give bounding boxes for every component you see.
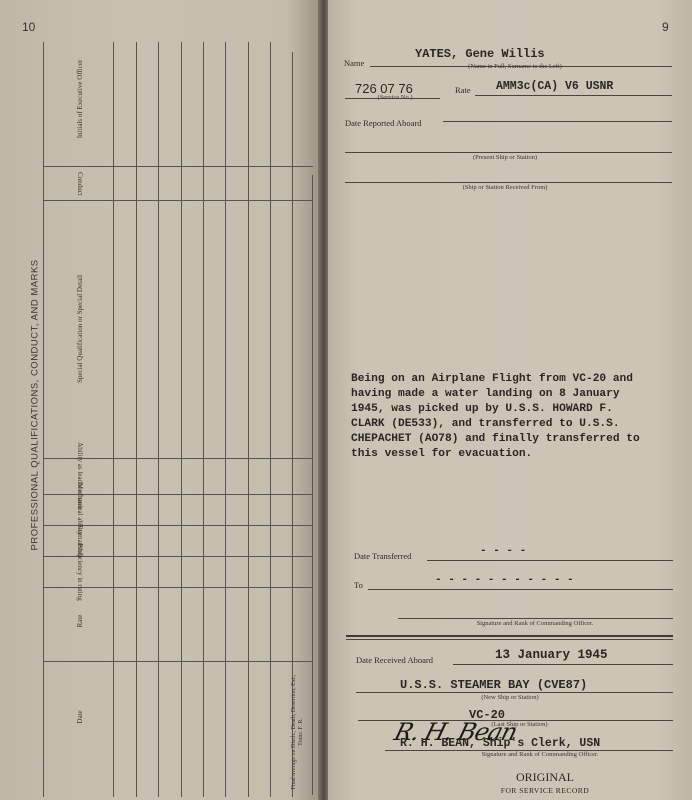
date-label: Date [76,697,84,737]
service-number-caption: (Service No.) [365,94,425,101]
date-transferred-value: - - - - [480,545,526,557]
for-service-record-label: FOR SERVICE RECORD [480,786,610,795]
proficiency-label: Proficiency in rating [76,537,84,607]
grid-line [158,42,159,797]
final-average-label: Final average on Disch., Death, Desertio… [291,667,305,797]
name-value: YATES, Gene Willis [415,47,545,61]
signature-caption-1: Signature and Rank of Commanding Officer… [450,620,620,627]
to-line [368,589,673,590]
present-ship-caption: (Present Ship or Station) [440,154,570,161]
remarks-line: CLARK (DE533), and transferred to U.S.S. [351,417,681,432]
left-page: 10 PROFESSIONAL QUALIFICATIONS, CONDUCT,… [0,0,318,800]
date-received-value: 13 January 1945 [495,648,608,662]
date-reported-label: Date Reported Aboard [345,118,421,128]
remarks-line: CHEPACHET (AO78) and finally transferred… [351,432,681,447]
signature-line-1 [398,618,673,619]
to-value: - - - - - - - - - - - [435,574,574,586]
remarks-line: having made a water landing on 8 January [351,387,681,402]
new-ship-line [356,692,673,693]
grid-line [181,42,182,797]
new-ship-caption: (New Ship or Station) [470,694,550,701]
grid-line [225,42,226,797]
remarks-line: Being on an Airplane Flight from VC-20 a… [351,372,681,387]
new-ship-value: U.S.S. STEAMER BAY (CVE87) [400,678,587,692]
signer-value: R. H. BEAN, Ship's Clerk, USN [400,737,600,750]
date-received-line [453,664,673,665]
rate-label: Rate [76,601,84,641]
grid-line [136,42,137,797]
divider [346,639,673,640]
rate-line [475,95,672,96]
received-from-caption: (Ship or Station Received From) [430,184,580,191]
signature-caption-2: Signature and Rank of Commanding Officer… [460,751,620,758]
grid-line [270,42,271,797]
conduct-label: Conduct [76,154,84,214]
section-title: PROFESSIONAL QUALIFICATIONS, CONDUCT, AN… [30,271,41,551]
grid-line [43,661,313,662]
grid-line [203,42,204,797]
remarks-line: this vessel for evacuation. [351,447,681,462]
rate-value: AMM3c(CA) V6 USNR [496,80,613,93]
special-qualification-label: Special Qualification or Special Detail [76,244,84,414]
rate-label: Rate [455,85,471,95]
grid-line [248,42,249,797]
initials-label: Initials of Executive Officer [76,39,84,159]
to-label: To [354,580,363,590]
grid-line [113,42,114,797]
right-page-number: 9 [662,20,669,34]
name-caption: (Name in Full, Surname to the Left) [440,63,590,70]
date-received-label: Date Received Aboard [356,655,433,665]
divider [346,635,673,637]
left-page-number: 10 [22,20,35,34]
remarks-line: 1945, was picked up by U.S.S. HOWARD F. [351,402,681,417]
date-reported-line [443,121,672,122]
present-ship-line [345,152,672,153]
received-from-line [345,182,672,183]
name-label: Name [344,58,364,68]
grid-line [43,42,44,797]
date-transferred-label: Date Transferred [354,551,411,561]
remarks-text: Being on an Airplane Flight from VC-20 a… [351,372,681,462]
grid-line [312,175,313,795]
original-label: ORIGINAL [500,770,590,785]
date-transferred-line [427,560,673,561]
